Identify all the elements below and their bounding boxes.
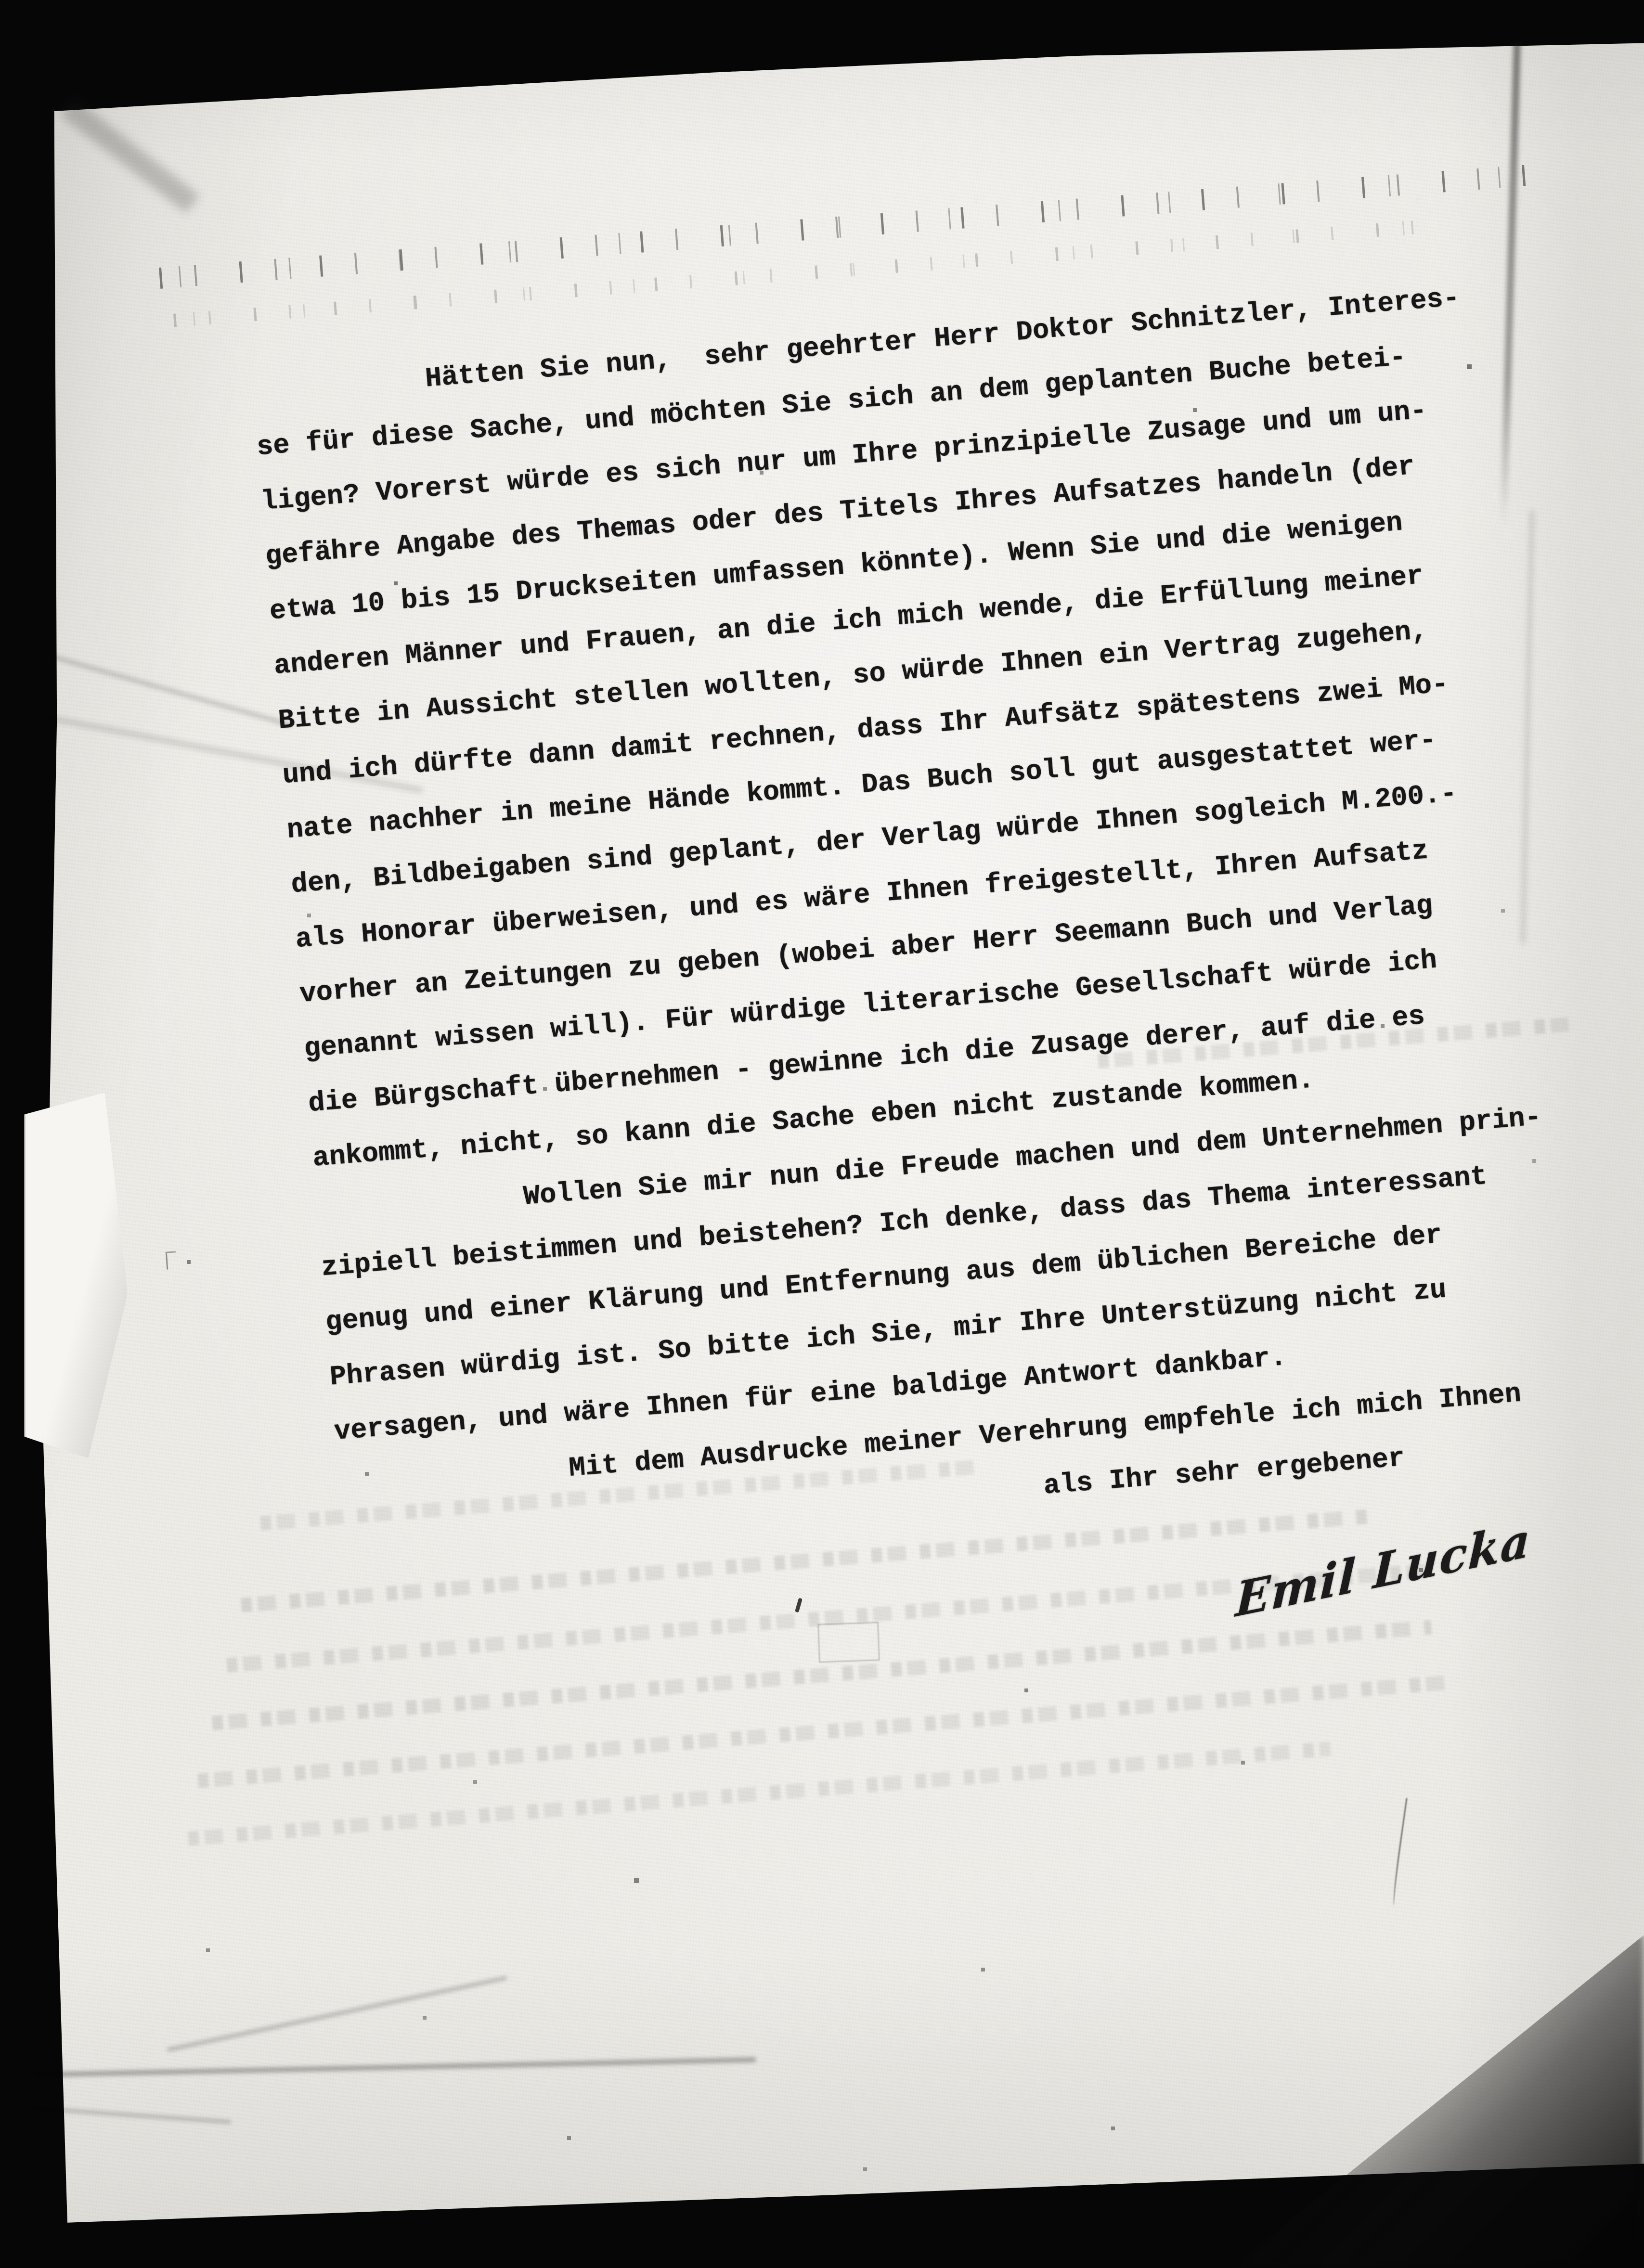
stray-bracket-mark (166, 1251, 177, 1269)
paper-specks (0, 0, 2, 2)
letter-body: Hätten Sie nun, sehr geehrter Herr Dokto… (250, 256, 1644, 1680)
photostat-scan: { "page": { "background_color": "#060606… (0, 0, 1644, 2268)
